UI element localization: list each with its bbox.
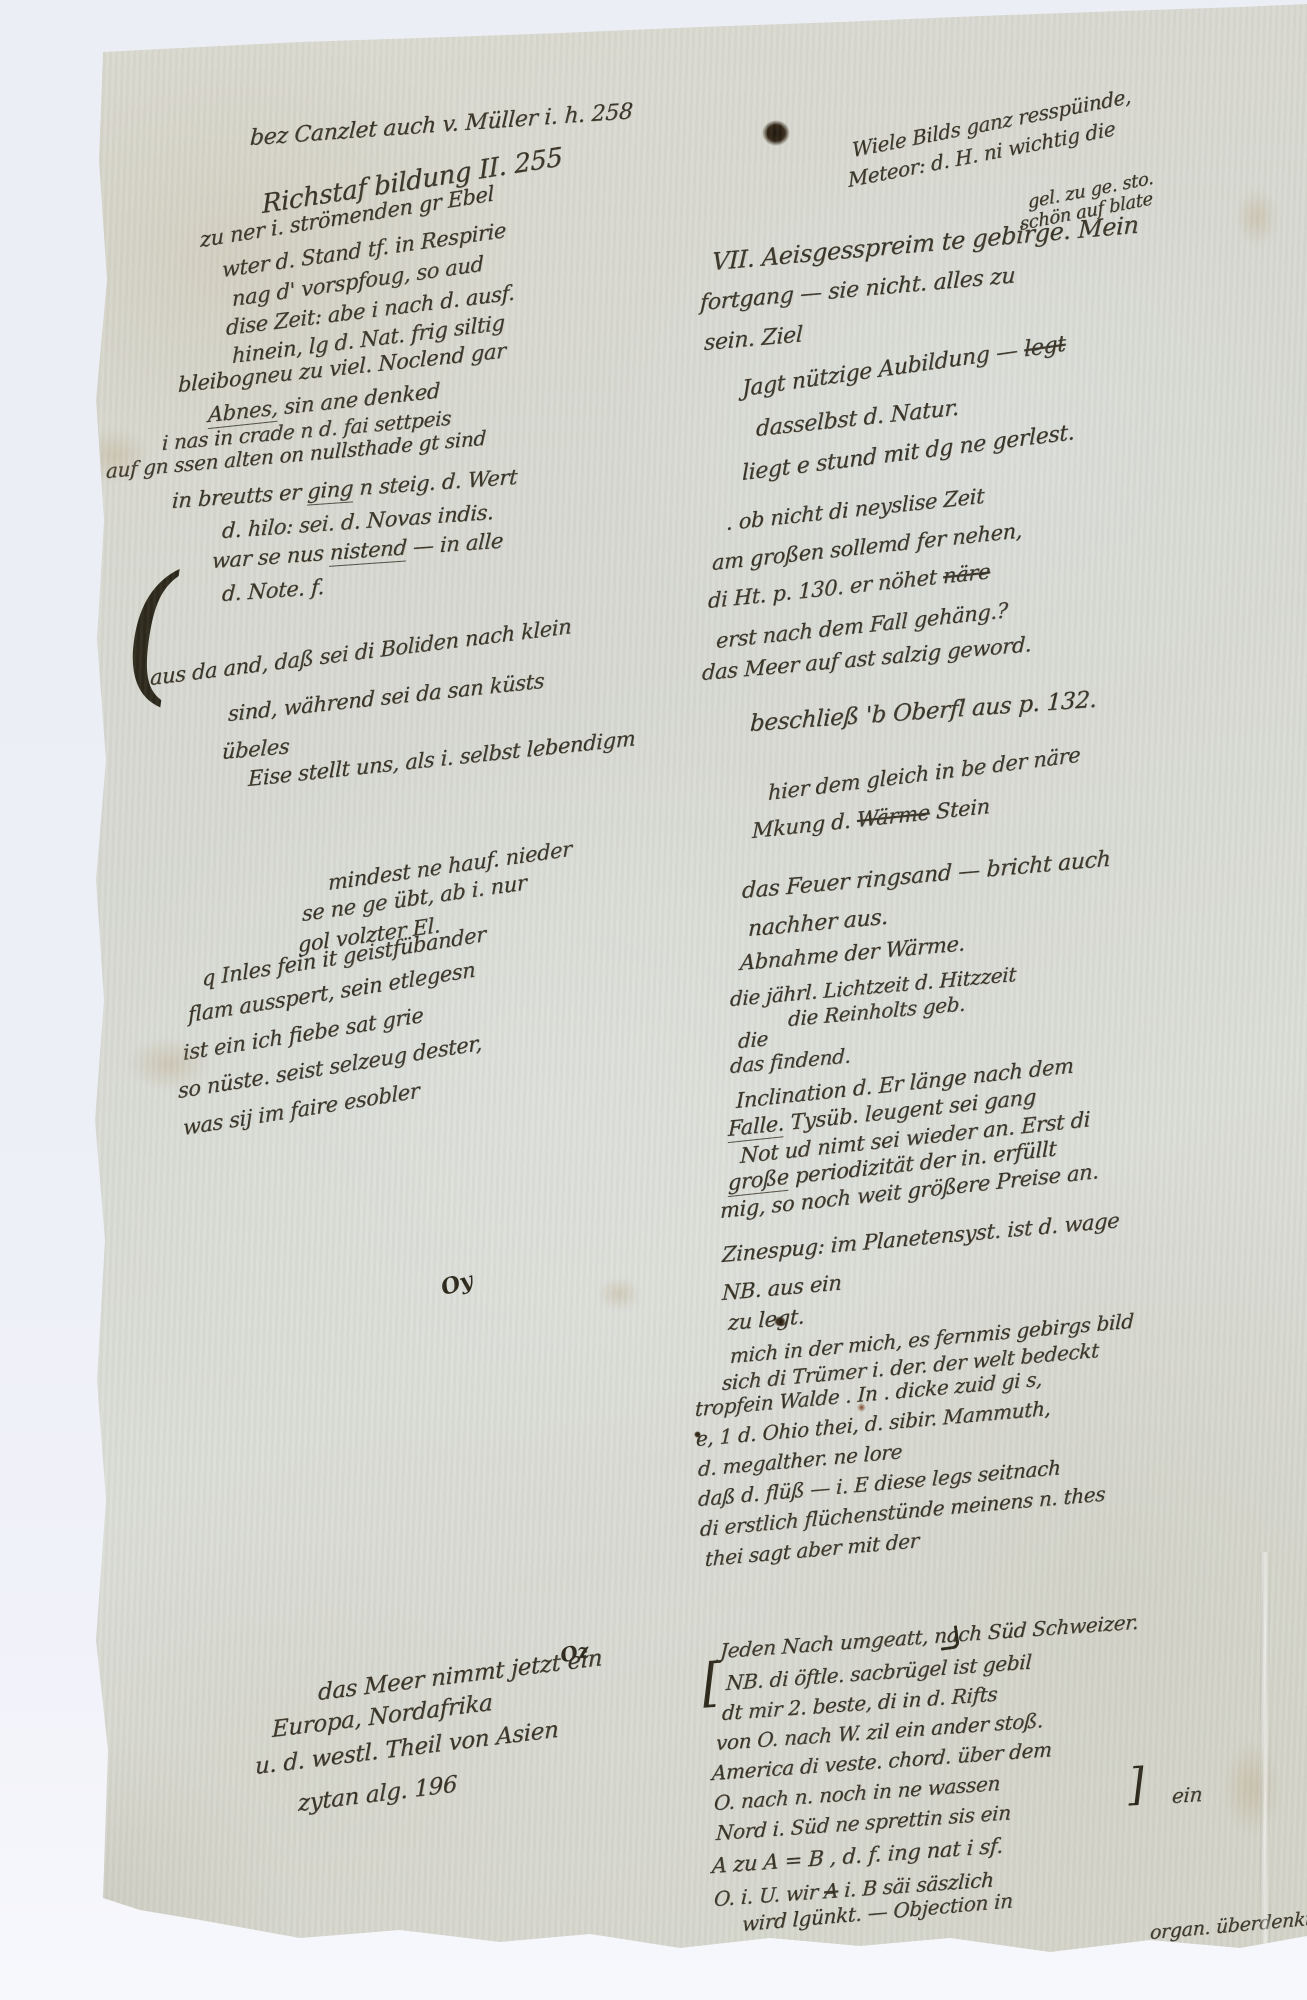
handwritten-line: VII. Aeisgesspreim te gebirge. Mein (712, 213, 1139, 274)
handwritten-line: das Feuer ringsand — bricht auch (742, 849, 1111, 903)
handwritten-line: nachher aus. (748, 907, 889, 941)
handwritten-line: Eise stellt uns, als i. selbst lebendigm (248, 728, 636, 790)
fold-crease (1260, 1552, 1270, 1944)
handwritten-line: die (738, 1028, 769, 1051)
handwritten-line: Jeden Nach umgeatt, nach Süd Schweizer. (719, 1612, 1138, 1661)
handwritten-line: zytan alg. 196 (298, 1773, 457, 1816)
paper-stain (598, 1278, 640, 1310)
ink-blot (762, 120, 790, 146)
scanner-background: bez Canzlet auch v. Müller i. h. 258Rich… (0, 0, 1307, 2000)
manuscript-page: bez Canzlet auch v. Müller i. h. 258Rich… (0, 0, 1307, 2000)
handwritten-line: Zinespug: im Planetensyst. ist d. wage (722, 1210, 1120, 1266)
opening-bracket: [ (700, 1657, 724, 1710)
handwritten-line: ein (1171, 1784, 1202, 1806)
handwritten-line: Mkung d. Wärme Stein (752, 796, 990, 842)
paper-stain (1224, 1742, 1280, 1834)
pen-scribble: Oy (438, 1267, 476, 1301)
ink-splatter-dot (774, 1316, 786, 1327)
handwritten-line: NB. aus ein (722, 1272, 842, 1304)
handwritten-line: d. Note. f. (221, 577, 324, 605)
handwritten-line: hier dem gleich in be der näre (768, 745, 1080, 805)
handwritten-line: beschließ 'b Oberfl aus p. 132. (749, 689, 1097, 736)
opening-parenthesis-brace: ( (118, 557, 184, 710)
handwritten-line: sind, während sei da san küsts (228, 671, 545, 725)
handwritten-line: organ. überdenkt (1150, 1910, 1307, 1943)
rust-foxing-dot (857, 1403, 866, 1412)
handwritten-line: übeles (222, 736, 290, 763)
handwritten-line: dasselbst d. Natur. (756, 398, 959, 441)
handwritten-line: zu legt. (728, 1306, 805, 1334)
handwritten-line: sein. Ziel (704, 324, 803, 355)
closing-bracket: ] (1126, 1763, 1146, 1808)
paper-stain (128, 1038, 210, 1090)
corner-flourish-mark (938, 1625, 960, 1650)
handwritten-line: bez Canzlet auch v. Müller i. h. 258 (249, 101, 633, 150)
paper-stain (78, 428, 150, 484)
ink-splatter-dot (694, 1431, 701, 1438)
paper-stain (1236, 188, 1278, 246)
